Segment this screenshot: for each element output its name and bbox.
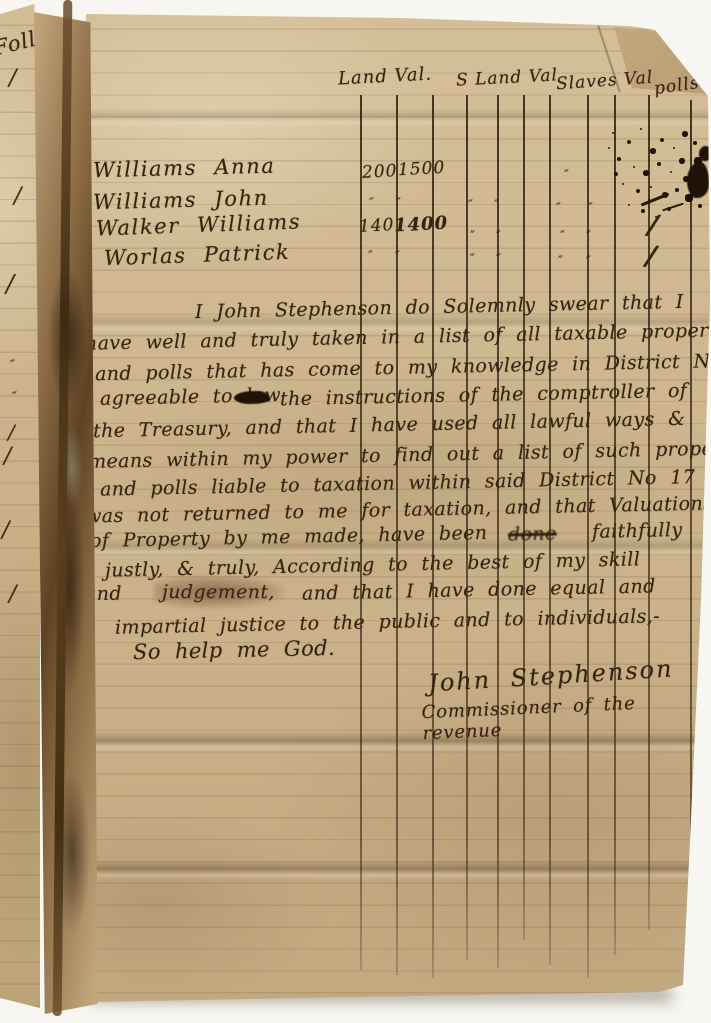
struck-word: done (508, 522, 557, 545)
ditto-mark: ″ (396, 196, 401, 211)
taxpayer-name: Worlas Patrick (104, 240, 291, 270)
oath-line: and that I have done equal and (302, 575, 656, 604)
ink-streak (662, 203, 684, 212)
land-acres: 140 (359, 215, 395, 237)
tally-mark: / (4, 444, 11, 469)
tally-mark: / (8, 420, 15, 444)
left-polls-header: Folls (0, 24, 40, 61)
ink-blot (687, 162, 709, 198)
ditto-mark: ″ (369, 196, 374, 211)
oath-line: faithfully (592, 519, 683, 543)
taxpayer-name: Williams Anna (93, 154, 276, 183)
ditto-mark: ″ (588, 201, 593, 216)
ditto-mark: ″ (496, 252, 501, 267)
tally-mark: / (2, 518, 9, 543)
ink-splatter (0, 0, 2, 2)
ink-streak (641, 192, 670, 206)
oath-line: the instructions of the comptroller of (280, 380, 688, 411)
taxpayer-name: Walker Williams (96, 209, 302, 240)
poll-tally: / (644, 241, 657, 273)
main-page: Land Val. S Land Val Slaves Val polls Wi… (0, 0, 711, 1023)
tally-mark: / (6, 270, 14, 298)
land-acres: 200 (362, 161, 398, 183)
ditto-mark: ″ (560, 229, 565, 244)
tally-mark: / (9, 582, 16, 607)
tally-mark: / (9, 66, 16, 91)
land-value: 1500 (398, 158, 446, 180)
taxpayer-name: Williams John (93, 186, 269, 215)
ditto-mark: ″ (586, 229, 591, 244)
column-rule (690, 100, 692, 940)
tally-mark: / (14, 184, 21, 209)
ditto-mark: ″ (395, 249, 400, 264)
ditto-mark: ″ (368, 249, 373, 264)
ditto-mark: ″ (564, 168, 569, 183)
ditto-mark: ″ (470, 252, 475, 267)
ditto-mark: ″ (586, 254, 591, 269)
left-page-edge: Folls / / / ″ ″ / / / / (0, 4, 40, 1008)
smudged-word: judgement, (162, 581, 275, 603)
ditto-mark: ″ (558, 254, 563, 269)
ditto-mark: ″ (494, 198, 499, 213)
oath-line-so-help-me-god: So help me God. (133, 636, 336, 664)
poll-tally: / (646, 210, 659, 242)
land-value: 1400 (393, 213, 448, 237)
ditto-mark: ″ (470, 229, 475, 244)
oath-line: impartial justice to the public and to i… (115, 605, 660, 638)
column-rule (587, 95, 589, 978)
folded-corner (0, 0, 711, 120)
ditto-mark: ″ (496, 229, 501, 244)
ink-blot-strikeout (234, 391, 270, 404)
ink-blot (699, 146, 711, 161)
tally-mark: ″ (12, 390, 17, 405)
header-sland-val: S Land Val (456, 65, 559, 90)
tally-mark: ″ (10, 358, 15, 373)
column-rule (497, 95, 499, 968)
ditto-mark: ″ (556, 201, 561, 216)
oath-line: the Treasury, and that I have used all l… (93, 408, 686, 442)
header-land-val: Land Val. (338, 64, 433, 90)
header-slaves-val: Slaves Val (555, 68, 653, 95)
ditto-mark: ″ (468, 198, 473, 213)
oath-line: and polls that has come to my knowledge … (95, 349, 711, 385)
